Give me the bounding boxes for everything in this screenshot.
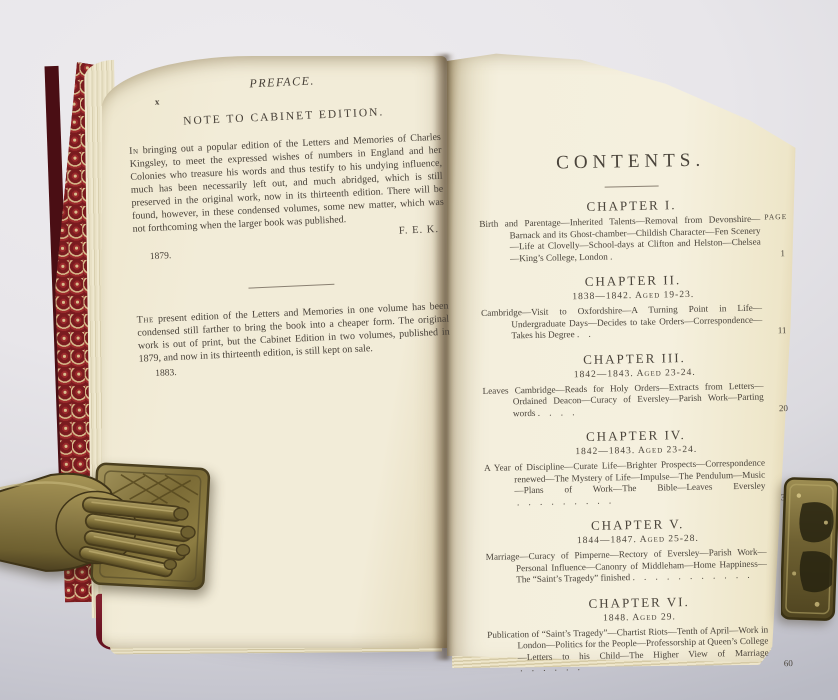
paragraph-body: bringing out a popular edition of the Le… xyxy=(129,132,444,235)
note-to-cabinet-edition-heading: NOTE TO CABINET EDITION. xyxy=(128,104,440,131)
leader-dots: . xyxy=(608,251,613,261)
chapter-summary: Cambridge—Visit to Oxfordshire—A Turning… xyxy=(481,302,787,342)
chapter-dates: 1842—1843. Aged 23-24. xyxy=(482,366,787,382)
summary-text: A Year of Discipline—Curate Life—Brighte… xyxy=(484,458,766,496)
folio-number: x xyxy=(155,97,160,107)
chapter-page-number: 11 xyxy=(778,325,787,337)
chapter-page-number: 20 xyxy=(779,403,788,415)
brass-corner-weight xyxy=(781,476,838,622)
chapter-title: CHAPTER III. xyxy=(482,349,787,368)
chapter-summary: Marriage—Curacy of Pimperne—Rectory of E… xyxy=(486,546,792,586)
contents-heading: CONTENTS. xyxy=(478,148,783,176)
chapter-page-number: 60 xyxy=(784,658,793,670)
chapter-summary: Publication of “Saint’s Tragedy”—Chartis… xyxy=(487,624,793,676)
contents-chapter-1: CHAPTER I. PAGE Birth and Parentage—Inhe… xyxy=(479,196,785,265)
leader-dots: . . xyxy=(575,329,591,339)
contents-chapter-6: CHAPTER VI. 1848. Aged 29. Publication o… xyxy=(487,593,793,676)
preface-paragraph-1: In bringing out a popular edition of the… xyxy=(129,131,445,236)
contents-chapter-2: CHAPTER II. 1838—1842. Aged 19-23. Cambr… xyxy=(480,271,786,342)
preface-paragraph-2: The present edition of the Letters and M… xyxy=(137,300,451,366)
leader-dots: . . . . . . . . . xyxy=(515,495,612,507)
contents-divider-rule xyxy=(604,186,658,188)
chapter-title: CHAPTER V. xyxy=(485,515,790,534)
book-photograph-scene: PREFACE. x NOTE TO CABINET EDITION. In b… xyxy=(0,0,838,700)
chapter-title: CHAPTER VI. xyxy=(487,593,792,612)
paragraph-lead: The xyxy=(137,314,154,326)
chapter-dates: 1844—1847. Aged 25-28. xyxy=(485,532,790,548)
summary-text: Leaves Cambridge—Reads for Holy Orders—E… xyxy=(482,380,763,418)
summary-text: Cambridge—Visit to Oxfordshire—A Turning… xyxy=(481,303,762,341)
chapter-dates: 1848. Aged 29. xyxy=(487,610,792,626)
chapter-dates: 1838—1842. Aged 19-23. xyxy=(481,288,786,304)
chapter-page-number: 1 xyxy=(780,248,785,260)
contents-page-text: CONTENTS. CHAPTER I. PAGE Birth and Pare… xyxy=(478,148,793,675)
brass-hand-page-holder xyxy=(0,448,222,612)
chapter-summary: Leaves Cambridge—Reads for Holy Orders—E… xyxy=(482,380,788,420)
section-divider-rule xyxy=(248,284,334,289)
leader-dots: . . . . . . xyxy=(518,662,580,673)
leader-dots: . . . . . . . . . . . xyxy=(630,570,750,582)
chapter-summary: A Year of Discipline—Curate Life—Brighte… xyxy=(484,457,790,509)
preface-page-text: PREFACE. x NOTE TO CABINET EDITION. In b… xyxy=(126,68,451,380)
chapter-title: CHAPTER II. xyxy=(480,271,785,290)
summary-text: Birth and Parentage—Inherited Talents—Re… xyxy=(479,214,761,263)
chapter-dates: 1842—1843. Aged 23-24. xyxy=(484,443,789,459)
chapter-title: CHAPTER I. xyxy=(479,196,784,215)
contents-chapter-3: CHAPTER III. 1842—1843. Aged 23-24. Leav… xyxy=(482,349,788,420)
paragraph-body: present edition of the Letters and Memor… xyxy=(137,301,450,365)
leader-dots: . . . . xyxy=(535,407,574,418)
chapter-title: CHAPTER IV. xyxy=(483,426,788,445)
contents-chapter-4: CHAPTER IV. 1842—1843. Aged 23-24. A Yea… xyxy=(483,426,789,509)
contents-chapter-5: CHAPTER V. 1844—1847. Aged 25-28. Marria… xyxy=(485,515,791,586)
chapter-summary: Birth and Parentage—Inherited Talents—Re… xyxy=(479,213,785,265)
summary-text: Publication of “Saint’s Tragedy”—Chartis… xyxy=(487,624,769,662)
